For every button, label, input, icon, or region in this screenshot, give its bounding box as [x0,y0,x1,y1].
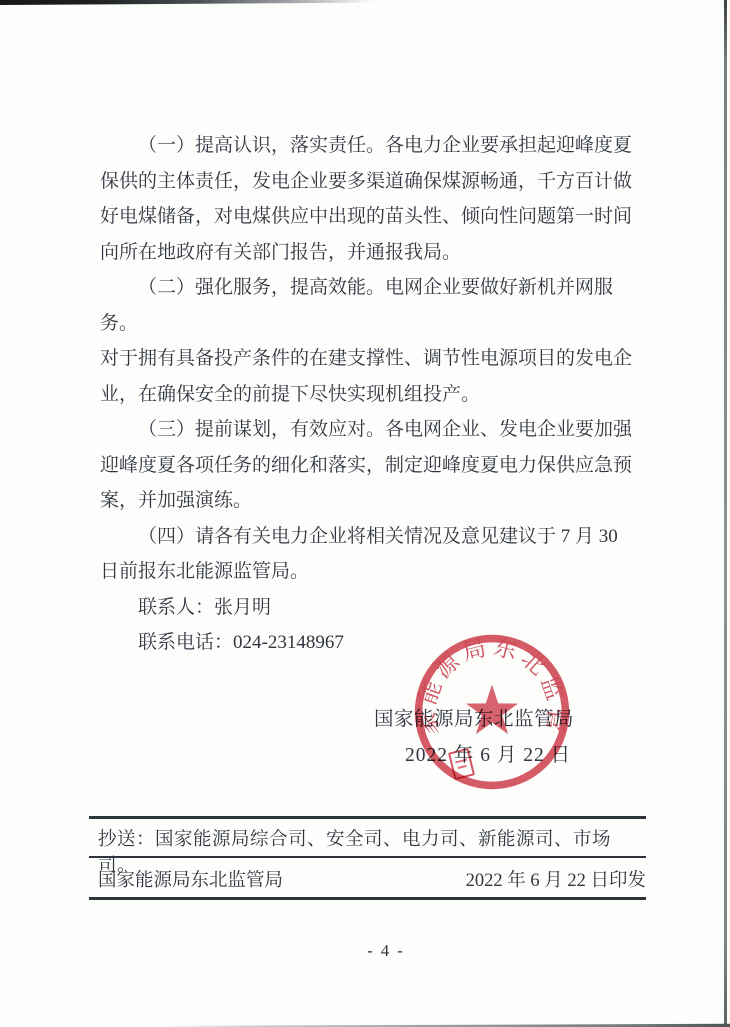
scan-artifact-right [724,0,727,1027]
contact-person-line: 联系人：张月明 [100,590,650,626]
paragraph-item-4: （四）请各有关电力企业将相关情况及意见建议于 7 月 30 日前报东北能源监管局… [100,519,650,590]
issuer-row: 国家能源局东北监管局 2022 年 6 月 22 日印发 [98,866,646,892]
page-number: - 4 - [0,941,730,961]
document-body: （一）提高认识，落实责任。各电力企业要承担起迎峰度夏 保供的主体责任，发电企业要… [100,128,650,661]
paragraph-item-2: （二）强化服务，提高效能。电网企业要做好新机并网服务。 对于拥有具备投产条件的在… [100,270,650,412]
scan-artifact-top [0,0,440,5]
seal-star-icon [466,685,518,734]
footer-divider-top [89,816,646,819]
paragraph-item-1: （一）提高认识，落实责任。各电力企业要承担起迎峰度夏 保供的主体责任，发电企业要… [100,128,650,270]
issuer-organization: 国家能源局东北监管局 [98,866,283,892]
footer-divider-bottom [89,897,646,900]
official-seal: 国家能源局东北监管局 [410,630,574,794]
scan-artifact-bottom [160,1023,730,1027]
print-date: 2022 年 6 月 22 日印发 [466,866,646,892]
paragraph-item-3: （三）提前谋划，有效应对。各电网企业、发电企业要加强 迎峰度夏各项任务的细化和落… [100,412,650,519]
scanned-document-page: （一）提高认识，落实责任。各电力企业要承担起迎峰度夏 保供的主体责任，发电企业要… [0,0,730,1027]
footer-divider-middle [89,856,646,858]
